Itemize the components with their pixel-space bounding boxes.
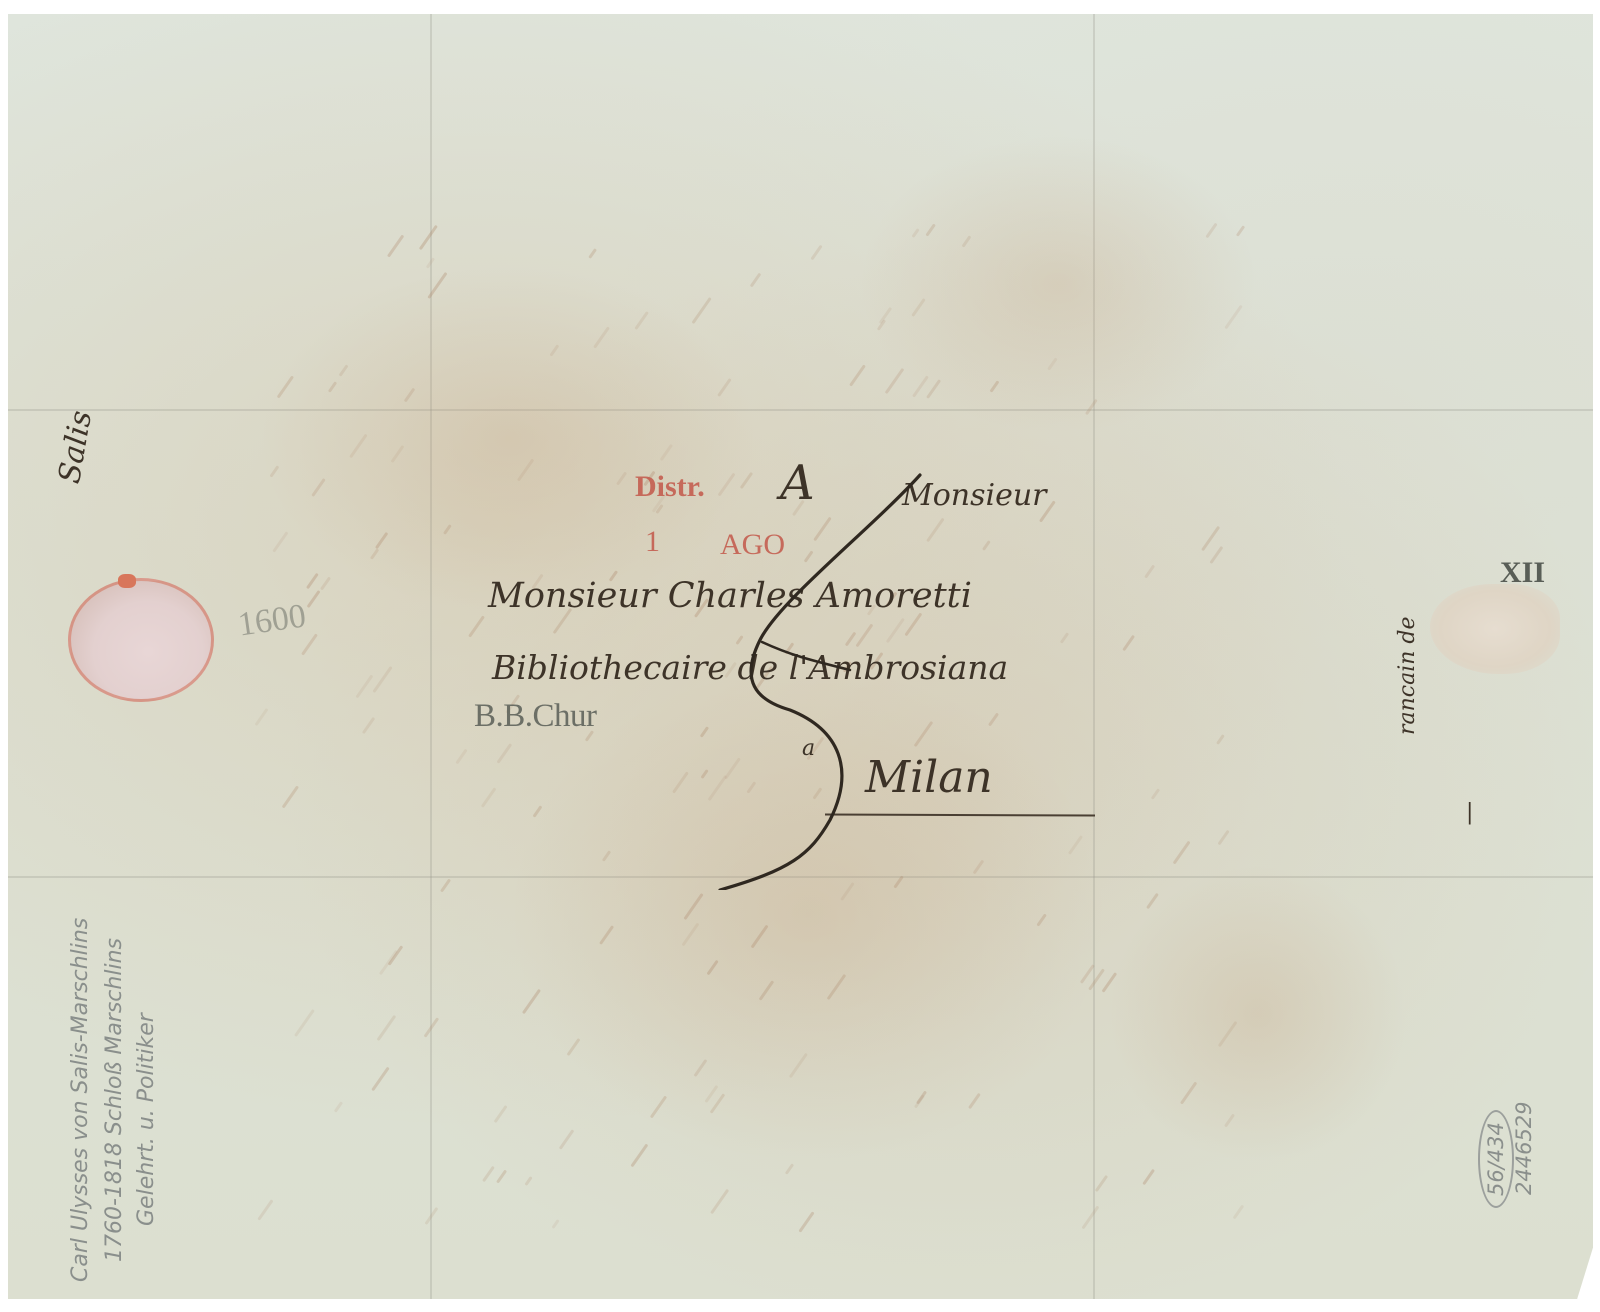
fold-line — [430, 14, 432, 1299]
stain — [1108, 864, 1408, 1164]
right-vertical-note: rancain de — [1395, 616, 1420, 735]
pencil-note-line2: 1760-1818 Schloß Marschlins — [102, 938, 127, 1262]
dash-mark: | — [1466, 800, 1473, 825]
archive-number: 2446529 — [1512, 1101, 1536, 1195]
pencil-note-line3: Gelehrt. u. Politiker — [134, 1013, 159, 1226]
wax-seal-right — [1430, 584, 1560, 674]
fold-line — [8, 409, 1593, 411]
postmark-date-prefix: 1 — [645, 525, 660, 559]
postmark-distr: Distr. — [635, 470, 705, 504]
postage-rate-mark — [700, 470, 940, 890]
wax-seal-left — [68, 578, 214, 702]
postmark-origin: B.B.Chur — [474, 698, 597, 735]
archive-circled-number: 56/434 — [1478, 1110, 1514, 1208]
pencil-note-line1: Carl Ulysses von Salis-Marschlins — [68, 918, 93, 1282]
stain — [258, 264, 758, 614]
seal-right-text: XII — [1500, 556, 1545, 590]
wax-drop — [118, 574, 136, 588]
